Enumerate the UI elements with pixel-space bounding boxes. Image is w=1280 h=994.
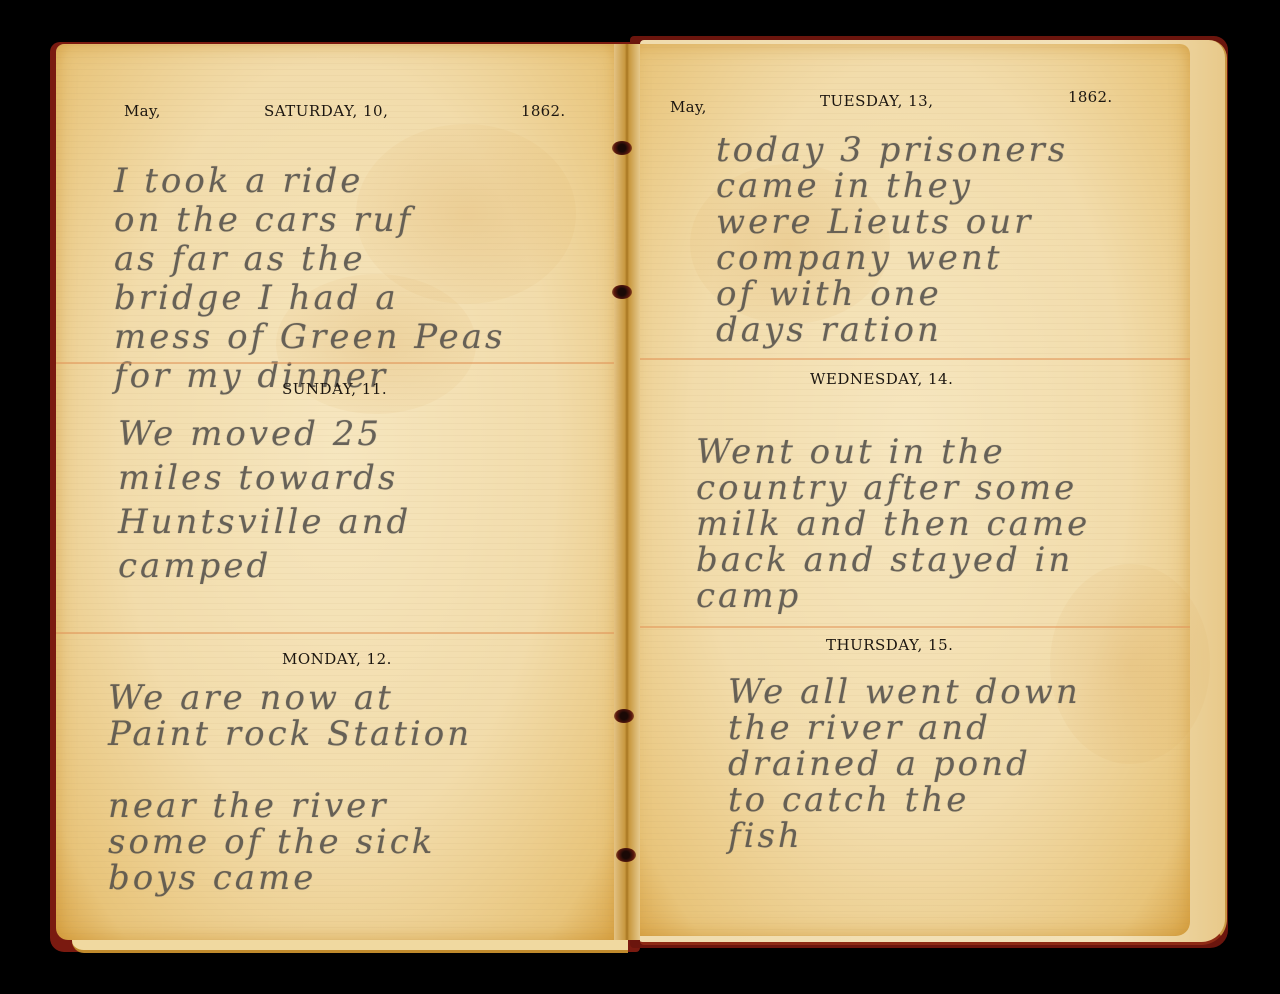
day-title-saturday: SATURDAY, 10, <box>264 102 388 120</box>
book-spine <box>614 44 640 940</box>
diary-entry-thursday: We all went down the river and drained a… <box>728 674 1188 854</box>
diary-entry-tuesday: today 3 prisoners came in they were Lieu… <box>716 132 1186 348</box>
right-page: May, 1862. TUESDAY, 13, today 3 prisoner… <box>630 44 1190 936</box>
month-label: May, <box>124 102 161 120</box>
binding-hole <box>616 848 636 862</box>
month-label: May, <box>670 98 707 116</box>
day-divider <box>630 358 1190 360</box>
left-page: May, 1862. SATURDAY, 10, I took a ride o… <box>56 44 618 940</box>
day-divider <box>630 626 1190 628</box>
year-label: 1862. <box>521 102 565 120</box>
day-title-wednesday: WEDNESDAY, 14. <box>810 370 953 388</box>
day-divider <box>56 362 618 364</box>
year-label: 1862. <box>1068 88 1112 106</box>
binding-hole <box>612 285 632 299</box>
diary-book: May, 1862. SATURDAY, 10, I took a ride o… <box>0 0 1280 994</box>
diary-entry-sunday: We moved 25 miles towards Huntsville and… <box>118 412 618 588</box>
binding-hole <box>614 709 634 723</box>
diary-entry-monday: We are now at Paint rock Station near th… <box>108 680 618 896</box>
day-title-monday: MONDAY, 12. <box>282 650 392 668</box>
day-title-thursday: THURSDAY, 15. <box>826 636 953 654</box>
day-divider <box>56 632 618 634</box>
diary-entry-saturday: I took a ride on the cars ruf as far as … <box>114 162 614 396</box>
diary-entry-wednesday: Went out in the country after some milk … <box>696 434 1186 614</box>
binding-hole <box>612 141 632 155</box>
day-title-tuesday: TUESDAY, 13, <box>820 92 933 110</box>
day-title-sunday: SUNDAY, 11. <box>282 380 387 398</box>
